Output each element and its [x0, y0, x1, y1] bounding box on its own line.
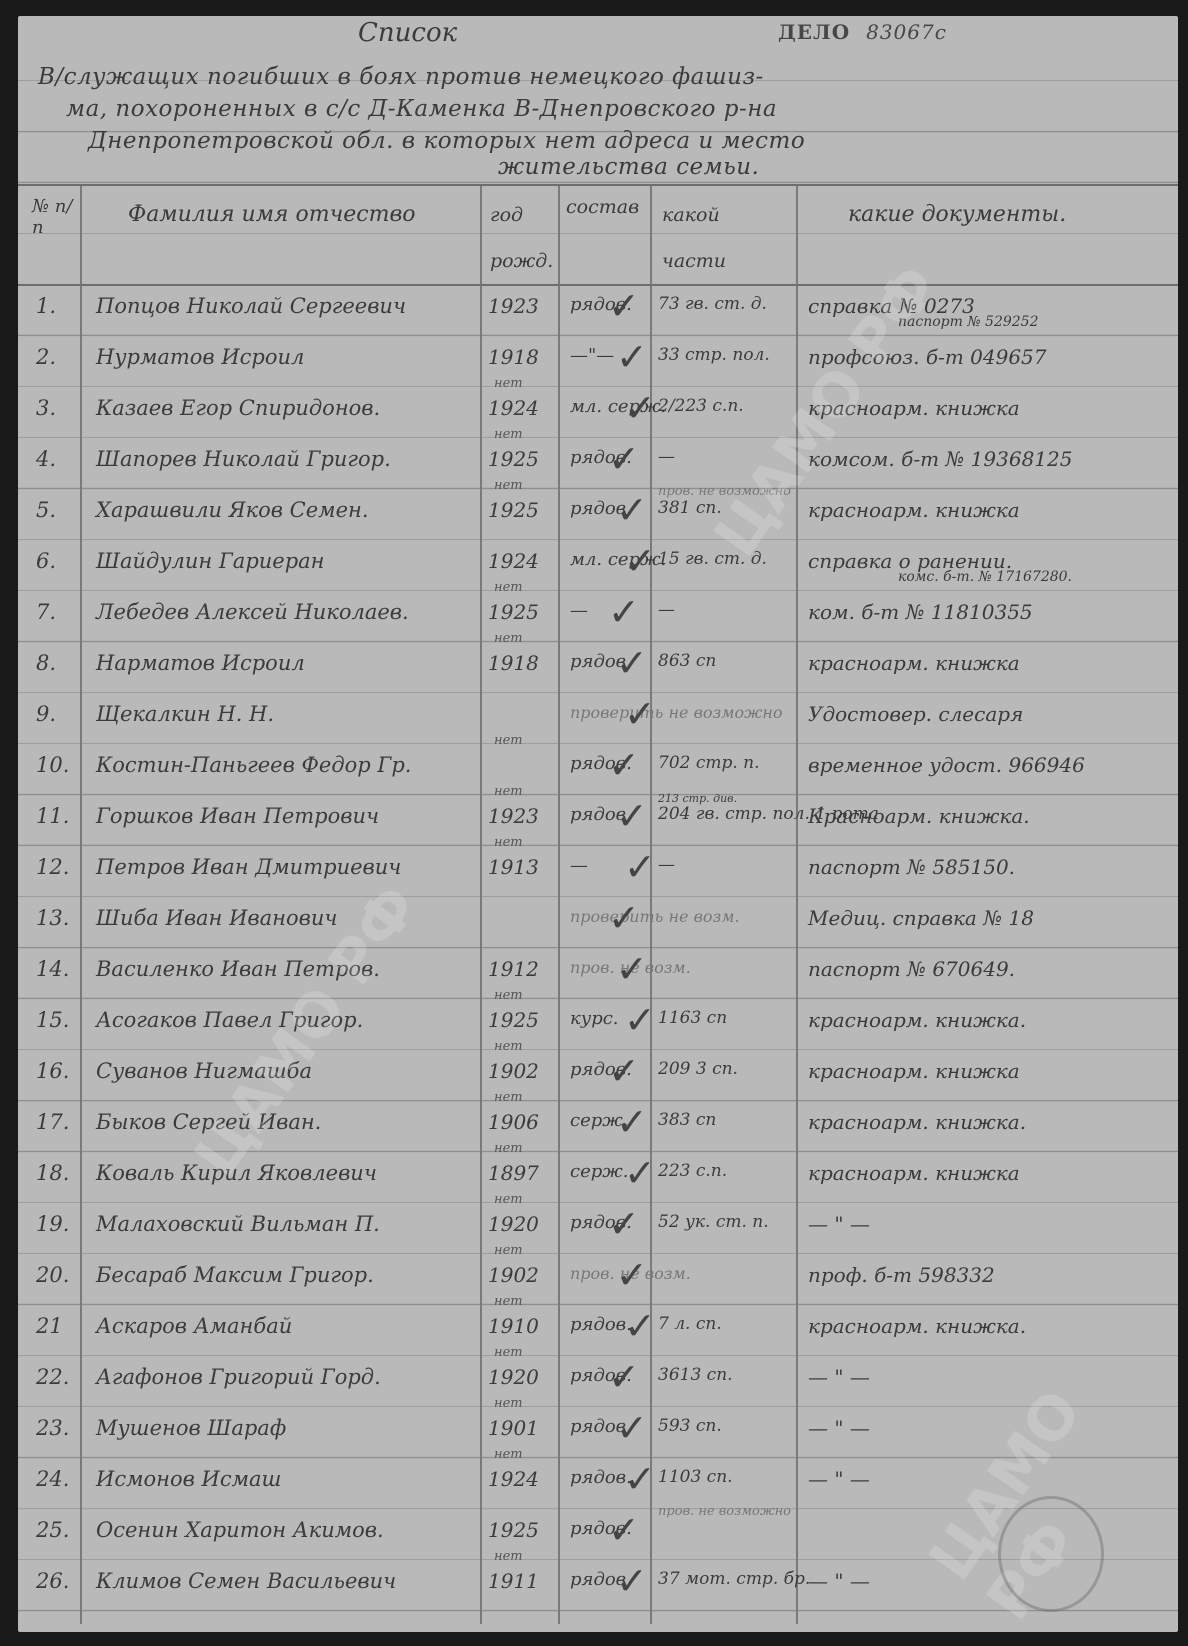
checkmark-icon: ✓: [624, 1304, 656, 1348]
heading-line-1: В/служащих погибших в боях против немецк…: [38, 64, 764, 90]
soldier-name: Лебедев Алексей Николаев.: [96, 600, 496, 624]
documents-main: — " —: [808, 1212, 870, 1236]
heading-line-2: ма, похороненных в с/с Д-Каменка В-Днепр…: [66, 96, 777, 122]
soldier-name: Исмонов Исмаш: [96, 1467, 496, 1491]
checkmark-icon: ✓: [616, 947, 648, 991]
year-value: 1912: [488, 957, 539, 981]
year-value: 1920: [488, 1365, 539, 1389]
documents-main: паспорт № 670649.: [808, 957, 1015, 981]
documents: красноарм. книжка.: [808, 1008, 1168, 1032]
table-row: 9. Щекалкин Н. Н. проверить не возможно …: [18, 696, 1178, 747]
table-row: 5. Харашвили Яков Семен. нет1925 рядов. …: [18, 492, 1178, 543]
table-row: 12. Петров Иван Дмитриевич нет1913 — — п…: [18, 849, 1178, 900]
row-number: 11.: [36, 804, 82, 828]
birth-year: нет1901: [488, 1416, 548, 1440]
year-value: 1901: [488, 1416, 539, 1440]
row-number: 13.: [36, 906, 82, 930]
year-note: нет: [494, 1090, 523, 1105]
documents-main: красноарм. книжка: [808, 1059, 1020, 1083]
documents: — " —: [808, 1212, 1168, 1236]
row-number: 21: [36, 1314, 82, 1338]
documents: красноарм. книжка: [808, 1059, 1168, 1083]
row-number: 23.: [36, 1416, 82, 1440]
soldier-name: Агафонов Григорий Горд.: [96, 1365, 496, 1389]
documents-main: красноарм. книжка.: [808, 1314, 1026, 1338]
soldier-name: Попцов Николай Сергеевич: [96, 294, 496, 318]
checkmark-icon: ✓: [624, 1151, 656, 1195]
soldier-name: Василенко Иван Петров.: [96, 957, 496, 981]
birth-year: нет1925: [488, 1008, 548, 1032]
year-note: нет: [494, 1447, 523, 1462]
military-unit: 33 стр. пол.: [658, 345, 788, 365]
year-value: 1918: [488, 651, 539, 675]
documents-main: ком. б-т № 11810355: [808, 600, 1033, 624]
soldier-name: Казаев Егор Спиридонов.: [96, 396, 496, 420]
documents: Удостовер. слесаря: [808, 702, 1168, 726]
military-unit: 593 сп.: [658, 1416, 788, 1436]
birth-year: 1912: [488, 957, 548, 981]
unit-sub: 213 стр. див.: [658, 792, 737, 805]
row-number: 4.: [36, 447, 82, 471]
soldier-name: Костин-Паньгеев Федор Гр.: [96, 753, 496, 777]
checkmark-icon: ✓: [616, 641, 648, 685]
military-unit: 7 л. сп.: [658, 1314, 788, 1334]
row-number: 6.: [36, 549, 82, 573]
documents-main: красноарм. книжка.: [808, 1110, 1026, 1134]
soldier-name: Нурматов Исроил: [96, 345, 496, 369]
documents: Медиц. справка № 18: [808, 906, 1168, 930]
year-value: 1913: [488, 855, 539, 879]
military-unit: 37 мот. стр. бр.: [658, 1569, 788, 1589]
birth-year: нет1920: [488, 1365, 548, 1389]
row-number: 19.: [36, 1212, 82, 1236]
soldier-name: Шиба Иван Иванович: [96, 906, 496, 930]
birth-year: нет1902: [488, 1263, 548, 1287]
birth-year: нет1920: [488, 1212, 548, 1236]
soldier-name: Нарматов Исроил: [96, 651, 496, 675]
soldier-name: Бесараб Максим Григор.: [96, 1263, 496, 1287]
checkmark-icon: ✓: [608, 1202, 640, 1246]
row-number: 3.: [36, 396, 82, 420]
soldier-name: Горшков Иван Петрович: [96, 804, 496, 828]
year-value: 1920: [488, 1212, 539, 1236]
year-note: нет: [494, 376, 523, 391]
header-docs: какие документы.: [848, 192, 1088, 238]
birth-year: 1924: [488, 549, 548, 573]
table-row: 14. Василенко Иван Петров. 1912 пров. не…: [18, 951, 1178, 1002]
soldier-name: Аскаров Аманбай: [96, 1314, 496, 1338]
verification-note: пров. не возможно: [658, 1504, 791, 1519]
year-note: нет: [494, 427, 523, 442]
row-number: 14.: [36, 957, 82, 981]
table-row: 20. Бесараб Максим Григор. нет1902 пров.…: [18, 1257, 1178, 1308]
documents: справка о ранении.комс. б-т. № 17167280.: [808, 549, 1168, 573]
table-row: 3. Казаев Егор Спиридонов. нет1924 мл. с…: [18, 390, 1178, 441]
soldier-name: Петров Иван Дмитриевич: [96, 855, 496, 879]
year-value: 1924: [488, 396, 539, 420]
checkmark-icon: ✓: [624, 845, 656, 889]
year-value: 1897: [488, 1161, 539, 1185]
checkmark-icon: ✓: [624, 692, 656, 736]
row-number: 16.: [36, 1059, 82, 1083]
documents: проф. б-т 598332: [808, 1263, 1168, 1287]
archive-stamp: ДЕЛО 83067с: [778, 20, 947, 44]
birth-year: 1925: [488, 1518, 548, 1542]
military-unit: 204 гв. стр. пол. 1 рота213 стр. див.: [658, 804, 788, 824]
year-note: нет: [494, 1192, 523, 1207]
year-note: нет: [494, 1039, 523, 1054]
year-note: нет: [494, 1141, 523, 1156]
documents-sub: комс. б-т. № 17167280.: [898, 569, 1072, 585]
year-value: 1918: [488, 345, 539, 369]
birth-year: нет1924: [488, 396, 548, 420]
table-row: 22. Агафонов Григорий Горд. нет1920 рядо…: [18, 1359, 1178, 1410]
birth-year: нет1924: [488, 1467, 548, 1491]
documents-main: проф. б-т 598332: [808, 1263, 995, 1287]
documents-main: временное удост. 966946: [808, 753, 1085, 777]
soldier-name: Шапорев Николай Григор.: [96, 447, 496, 471]
documents: Красноарм. книжка.: [808, 804, 1168, 828]
documents-main: — " —: [808, 1416, 870, 1440]
row-number: 18.: [36, 1161, 82, 1185]
year-value: 1923: [488, 294, 539, 318]
birth-year: нет1913: [488, 855, 548, 879]
verification-note: проверить не возможно: [570, 703, 783, 722]
soldier-name: Малаховский Вильман П.: [96, 1212, 496, 1236]
military-unit: 863 сп: [658, 651, 788, 671]
soldier-name: Шайдулин Гариеран: [96, 549, 496, 573]
header-rank: состав: [566, 196, 650, 218]
header-bottom-rule: [18, 284, 1178, 286]
checkmark-icon: ✓: [608, 590, 640, 634]
documents: паспорт № 670649.: [808, 957, 1168, 981]
year-value: 1924: [488, 1467, 539, 1491]
document-title: Список: [358, 18, 457, 48]
faded-seal: [998, 1496, 1104, 1612]
table-row: 2. Нурматов Исроил 1918 —"— 33 стр. пол.…: [18, 339, 1178, 390]
checkmark-icon: ✓: [608, 1508, 640, 1552]
year-value: 1925: [488, 1008, 539, 1032]
table-row: 19. Малаховский Вильман П. нет1920 рядов…: [18, 1206, 1178, 1257]
table-row: 10. Костин-Паньгеев Федор Гр. нет рядов.…: [18, 747, 1178, 798]
header-unit: какой части: [662, 192, 782, 284]
checkmark-icon: ✓: [608, 437, 640, 481]
year-note: нет: [494, 631, 523, 646]
soldier-name: Харашвили Яков Семен.: [96, 498, 496, 522]
table-row: 15. Асогаков Павел Григор. нет1925 курс.…: [18, 1002, 1178, 1053]
table-row: 1. Попцов Николай Сергеевич 1923 рядов. …: [18, 288, 1178, 339]
birth-year: 1918: [488, 345, 548, 369]
documents: красноарм. книжка: [808, 1161, 1168, 1185]
documents: красноарм. книжка: [808, 498, 1168, 522]
year-note: нет: [494, 733, 523, 748]
military-unit: 1163 сп: [658, 1008, 788, 1028]
year-note: нет: [494, 1549, 523, 1564]
documents: временное удост. 966946: [808, 753, 1168, 777]
document-sheet: Список ДЕЛО 83067с В/служащих погибших в…: [18, 16, 1178, 1632]
birth-year: нет1910: [488, 1314, 548, 1338]
checkmark-icon: ✓: [616, 1100, 648, 1144]
checkmark-icon: ✓: [624, 539, 656, 583]
table-row: 21 Аскаров Аманбай нет1910 рядов. 7 л. с…: [18, 1308, 1178, 1359]
year-value: 1925: [488, 447, 539, 471]
year-value: 1924: [488, 549, 539, 573]
table-row: 11. Горшков Иван Петрович нет1923 рядов.…: [18, 798, 1178, 849]
table-row: 7. Лебедев Алексей Николаев. нет1925 — —…: [18, 594, 1178, 645]
checkmark-icon: ✓: [616, 794, 648, 838]
row-number: 15.: [36, 1008, 82, 1032]
birth-year: нет1897: [488, 1161, 548, 1185]
documents-main: красноарм. книжка: [808, 498, 1020, 522]
documents-main: — " —: [808, 1569, 870, 1593]
documents: красноарм. книжка.: [808, 1314, 1168, 1338]
row-number: 20.: [36, 1263, 82, 1287]
birth-year: нет1923: [488, 804, 548, 828]
documents-main: красноарм. книжка: [808, 1161, 1020, 1185]
table-row: 13. Шиба Иван Иванович проверить не возм…: [18, 900, 1178, 951]
documents-main: — " —: [808, 1467, 870, 1491]
checkmark-icon: ✓: [616, 335, 648, 379]
year-note: нет: [494, 478, 523, 493]
row-number: 17.: [36, 1110, 82, 1134]
checkmark-icon: ✓: [608, 896, 640, 940]
table-row: 4. Шапорев Николай Григор. нет1925 рядов…: [18, 441, 1178, 492]
birth-year: нет1902: [488, 1059, 548, 1083]
archive-number: 83067с: [866, 20, 947, 44]
military-unit: 702 стр. п.: [658, 753, 788, 773]
year-note: нет: [494, 1345, 523, 1360]
table-row: 16. Суванов Нигмашба нет1902 рядов. 209 …: [18, 1053, 1178, 1104]
row-number: 9.: [36, 702, 82, 726]
birth-year: нет1918: [488, 651, 548, 675]
checkmark-icon: ✓: [616, 1559, 648, 1603]
checkmark-icon: ✓: [616, 1406, 648, 1450]
year-value: 1902: [488, 1263, 539, 1287]
checkmark-icon: ✓: [624, 386, 656, 430]
documents: красноарм. книжка: [808, 651, 1168, 675]
birth-year: нет1925: [488, 498, 548, 522]
row-number: 10.: [36, 753, 82, 777]
checkmark-icon: ✓: [608, 743, 640, 787]
military-unit: 1103 сп.: [658, 1467, 788, 1487]
documents-main: красноарм. книжка: [808, 651, 1020, 675]
soldier-name: Осенин Харитон Акимов.: [96, 1518, 496, 1542]
year-value: 1925: [488, 600, 539, 624]
year-value: 1925: [488, 498, 539, 522]
checkmark-icon: ✓: [616, 1253, 648, 1297]
table-top-rule: [18, 184, 1178, 186]
documents-main: Красноарм. книжка.: [808, 804, 1030, 828]
header-num: № п/п: [32, 196, 78, 238]
documents-main: Удостовер. слесаря: [808, 702, 1023, 726]
soldier-name: Коваль Кирил Яковлевич: [96, 1161, 496, 1185]
soldier-name: Быков Сергей Иван.: [96, 1110, 496, 1134]
documents-main: паспорт № 585150.: [808, 855, 1015, 879]
year-note: нет: [494, 580, 523, 595]
header-name: Фамилия имя отчество: [128, 192, 428, 238]
checkmark-icon: ✓: [608, 1049, 640, 1093]
year-note: нет: [494, 1243, 523, 1258]
military-unit: 52 ук. ст. п.: [658, 1212, 788, 1232]
header-year: год рожд.: [490, 192, 550, 284]
documents-main: — " —: [808, 1365, 870, 1389]
year-note: нет: [494, 835, 523, 850]
documents: комсом. б-т № 19368125: [808, 447, 1168, 471]
documents: ком. б-т № 11810355: [808, 600, 1168, 624]
verification-note: проверить не возм.: [570, 907, 740, 926]
birth-year: нет1911: [488, 1569, 548, 1593]
military-unit: 73 гв. ст. д.: [658, 294, 788, 314]
row-number: 7.: [36, 600, 82, 624]
year-value: 1925: [488, 1518, 539, 1542]
heading-line-4: жительства семьи.: [498, 154, 759, 180]
military-unit: —: [658, 600, 788, 620]
soldier-name: Щекалкин Н. Н.: [96, 702, 496, 726]
year-value: 1923: [488, 804, 539, 828]
documents-main: Медиц. справка № 18: [808, 906, 1034, 930]
military-unit: —: [658, 855, 788, 875]
soldier-name: Мушенов Шараф: [96, 1416, 496, 1440]
military-unit: 2/223 с.п.: [658, 396, 788, 416]
checkmark-icon: ✓: [616, 488, 648, 532]
birth-year: нет1906: [488, 1110, 548, 1134]
year-value: 1902: [488, 1059, 539, 1083]
row-number: 5.: [36, 498, 82, 522]
year-value: 1911: [488, 1569, 539, 1593]
military-unit: 3613 сп.: [658, 1365, 788, 1385]
documents-main: комсом. б-т № 19368125: [808, 447, 1072, 471]
row-number: 1.: [36, 294, 82, 318]
row-number: 2.: [36, 345, 82, 369]
year-value: 1910: [488, 1314, 539, 1338]
row-number: 22.: [36, 1365, 82, 1389]
heading-line-3: Днепропетровской обл. в которых нет адре…: [88, 128, 805, 154]
documents: паспорт № 585150.: [808, 855, 1168, 879]
birth-year: нет1925: [488, 447, 548, 471]
year-note: нет: [494, 1294, 523, 1309]
soldier-name: Климов Семен Васильевич: [96, 1569, 496, 1593]
birth-year: 1923: [488, 294, 548, 318]
year-note: нет: [494, 988, 523, 1003]
military-unit: 223 с.п.: [658, 1161, 788, 1181]
checkmark-icon: ✓: [608, 1355, 640, 1399]
checkmark-icon: ✓: [624, 1457, 656, 1501]
stamp-text: ДЕЛО: [778, 20, 850, 44]
year-value: 1906: [488, 1110, 539, 1134]
checkmark-icon: ✓: [624, 998, 656, 1042]
documents: красноарм. книжка.: [808, 1110, 1168, 1134]
table-row: 6. Шайдулин Гариеран 1924 мл. серж. 15 г…: [18, 543, 1178, 594]
table-row: 18. Коваль Кирил Яковлевич нет1897 серж.…: [18, 1155, 1178, 1206]
documents-main: красноарм. книжка.: [808, 1008, 1026, 1032]
row-number: 25.: [36, 1518, 82, 1542]
table-row: 8. Нарматов Исроил нет1918 рядов. 863 сп…: [18, 645, 1178, 696]
military-unit: 383 сп: [658, 1110, 788, 1130]
row-number: 26.: [36, 1569, 82, 1593]
military-unit: 209 3 сп.: [658, 1059, 788, 1079]
year-note: нет: [494, 1396, 523, 1411]
row-number: 24.: [36, 1467, 82, 1491]
row-number: 12.: [36, 855, 82, 879]
row-number: 8.: [36, 651, 82, 675]
birth-year: нет1925: [488, 600, 548, 624]
checkmark-icon: ✓: [608, 284, 640, 328]
year-note: нет: [494, 784, 523, 799]
